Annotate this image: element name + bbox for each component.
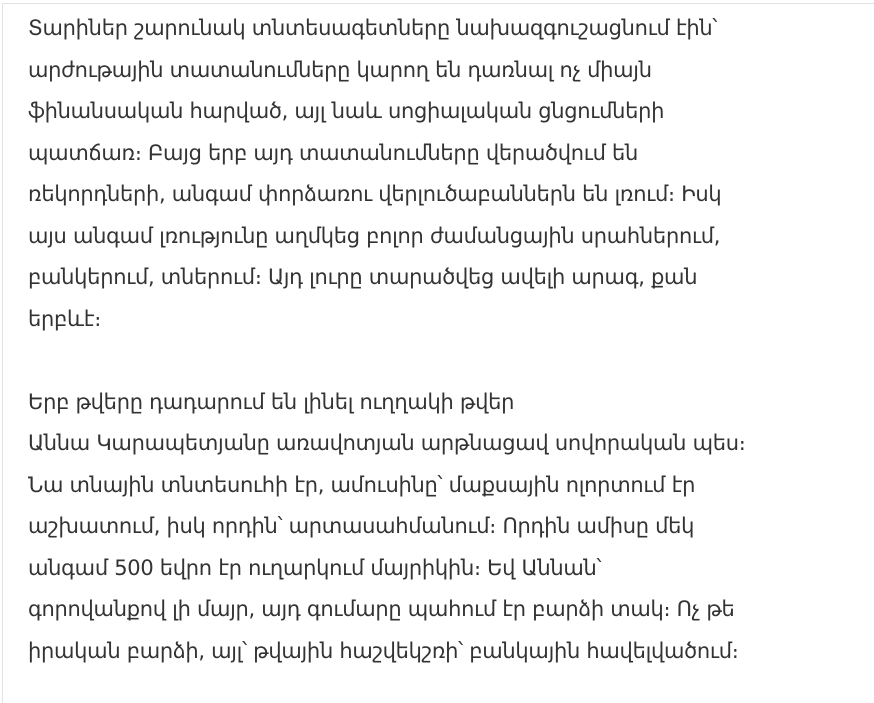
- text-line: ռեկորդների, անգամ փորձառու վերլուծաբաննե…: [28, 174, 868, 216]
- text-line: Նա տնային տնտեսուհի էր, ամուսինը՝ մաքսայ…: [28, 465, 868, 507]
- text-line: Տարիներ շարունակ տնտեսագետները նախազգուշ…: [28, 8, 868, 50]
- section: Երբ թվերը դադարում են լինել ուղղակի թվեր…: [28, 382, 868, 673]
- text-line: իրական բարձի, այլ՝ թվային հաշվեկշռի՝ բան…: [28, 631, 868, 673]
- paragraph-gap: [28, 340, 868, 382]
- text-line: անգամ 500 եվրո էր ուղարկում մայրիկին։ Եվ…: [28, 548, 868, 590]
- article-body: Տարիներ շարունակ տնտեսագետները նախազգուշ…: [28, 8, 868, 672]
- text-line: երբևէ։: [28, 299, 868, 341]
- text-line: բանկերում, տներում։ Այդ լուրը տարածվեց ա…: [28, 257, 868, 299]
- text-line: պատճառ։ Բայց երբ այդ տատանումները վերածվ…: [28, 133, 868, 175]
- text-line: այս անգամ լռությունը աղմկեց բոլոր ժամանց…: [28, 216, 868, 258]
- text-line: արժութային տատանումները կարող են դառնալ …: [28, 50, 868, 92]
- text-line: գորովանքով լի մայր, այդ գումարը պահում է…: [28, 589, 868, 631]
- subheading: Երբ թվերը դադարում են լինել ուղղակի թվեր: [28, 382, 868, 424]
- text-line: աշխատում, իսկ որդին՝ արտասահմանում։ Որդի…: [28, 506, 868, 548]
- text-line: ֆինանսական հարված, այլ նաև սոցիալական ցն…: [28, 91, 868, 133]
- text-line: Աննա Կարապետյանը առավոտյան արթնացավ սովո…: [28, 423, 868, 465]
- paragraph-1: Տարիներ շարունակ տնտեսագետները նախազգուշ…: [28, 8, 868, 340]
